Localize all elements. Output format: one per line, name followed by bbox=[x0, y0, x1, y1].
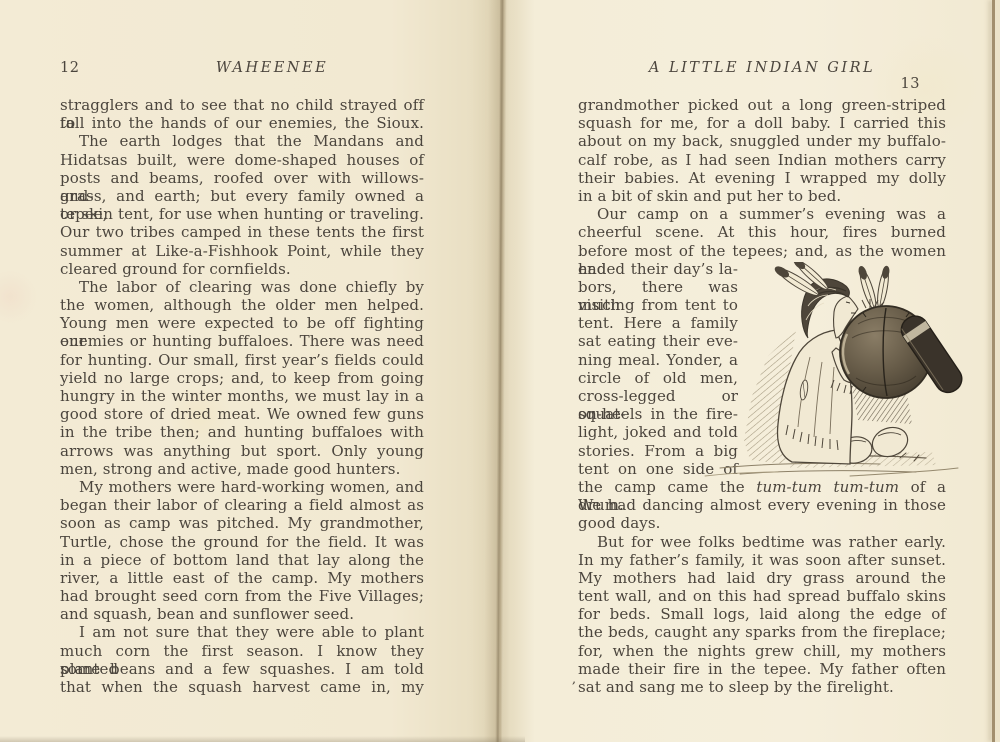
text-line: grandmother picked out a long green-stri… bbox=[578, 96, 946, 114]
text-line: good days. bbox=[578, 514, 946, 532]
book-gutter-shadow bbox=[484, 0, 519, 742]
book-spread-scan: 12 WAHEENEE A LITTLE INDIAN GIRL 13 stra… bbox=[0, 0, 1000, 742]
text-line: stragglers and to see that no child stra… bbox=[60, 96, 424, 114]
text-line: arrows was anything but sport. Only youn… bbox=[60, 442, 424, 460]
text-line: the beds, caught any sparks from the fir… bbox=[578, 623, 946, 641]
text-line: summer at Like-a-Fishhook Point, while t… bbox=[60, 242, 424, 260]
text-line: tent wall, and on this had spread buffal… bbox=[578, 587, 946, 605]
right-page-header: A LITTLE INDIAN GIRL 13 bbox=[578, 60, 946, 80]
seated-drummer-illustration bbox=[700, 262, 965, 478]
text-line: their babies. At evening I wrapped my do… bbox=[578, 169, 946, 187]
text-line: for, when the nights grew chill, my moth… bbox=[578, 642, 946, 660]
text-line: much corn the first season. I know they … bbox=[60, 642, 424, 660]
left-page-number: 12 bbox=[60, 60, 79, 76]
text-line: Turtle, chose the ground for the field. … bbox=[60, 533, 424, 551]
text-line: before most of the tepees; and, as the w… bbox=[578, 242, 946, 260]
text-line: the women, although the older men helped… bbox=[60, 296, 424, 314]
text-line: river, a little east of the camp. My mot… bbox=[60, 569, 424, 587]
text-line: hungry in the winter months, we must lay… bbox=[60, 387, 424, 405]
text-line: yield no large crops; and, to keep from … bbox=[60, 369, 424, 387]
scan-right-margin bbox=[995, 0, 1000, 742]
text-line: We had dancing almost every evening in t… bbox=[578, 496, 946, 514]
text-line: grass, and earth; but every family owned… bbox=[60, 187, 424, 205]
left-page-header: 12 WAHEENEE bbox=[60, 60, 424, 80]
text-line: about on my back, snuggled under my buff… bbox=[578, 132, 946, 150]
text-line: In my father’s family, it was soon after… bbox=[578, 551, 946, 569]
text-line: But for wee folks bedtime was rather ear… bbox=[578, 533, 946, 551]
text-line: cleared ground for cornfields. bbox=[60, 260, 424, 278]
bottom-page-edge-shadow bbox=[0, 736, 525, 742]
text-line: cheerful scene. At this hour, fires burn… bbox=[578, 223, 946, 241]
text-line: in the tribe then; and hunting buffaloes… bbox=[60, 423, 424, 441]
text-line: soon as camp was pitched. My grandmother… bbox=[60, 514, 424, 532]
text-line: enemies or hunting buffaloes. There was … bbox=[60, 332, 424, 350]
text-line: My mothers were hard-working women, and bbox=[60, 478, 424, 496]
text-line: for hunting. Our small, first year’s fie… bbox=[60, 351, 424, 369]
text-line: Young men were expected to be off fighti… bbox=[60, 314, 424, 332]
text-line: made their fire in the tepee. My father … bbox=[578, 660, 946, 678]
text-line: in a bit of skin and put her to bed. bbox=[578, 187, 946, 205]
left-page-text-column: stragglers and to see that no child stra… bbox=[60, 96, 424, 696]
text-line: I am not sure that they were able to pla… bbox=[60, 623, 424, 641]
text-line: sat and sang me to sleep by the fireligh… bbox=[578, 678, 946, 696]
text-line: for beds. Small logs, laid along the edg… bbox=[578, 605, 946, 623]
text-line: the camp came the tum-tum tum-tum of a d… bbox=[578, 478, 946, 496]
text-line: Hidatsas built, were dome-shaped houses … bbox=[60, 151, 424, 169]
text-line: in a piece of bottom land that lay along… bbox=[60, 551, 424, 569]
text-line: or skin tent, for use when hunting or tr… bbox=[60, 205, 424, 223]
text-line: and squash, bean and sunflower seed. bbox=[60, 605, 424, 623]
text-line: good store of dried meat. We owned few g… bbox=[60, 405, 424, 423]
right-running-title: A LITTLE INDIAN GIRL bbox=[578, 60, 946, 76]
text-line: The labor of clearing was done chiefly b… bbox=[60, 278, 424, 296]
text-line: calf robe, as I had seen Indian mothers … bbox=[578, 151, 946, 169]
text-line: squash for me, for a doll baby. I carrie… bbox=[578, 114, 946, 132]
text-line: Our camp on a summer’s evening was a bbox=[578, 205, 946, 223]
text-line: Our two tribes camped in these tents the… bbox=[60, 223, 424, 241]
text-line: men, strong and active, made good hunter… bbox=[60, 460, 424, 478]
text-line: The earth lodges that the Mandans and bbox=[60, 132, 424, 150]
text-line: posts and beams, roofed over with willow… bbox=[60, 169, 424, 187]
text-line: began their labor of clearing a field al… bbox=[60, 496, 424, 514]
text-line: fall into the hands of our enemies, the … bbox=[60, 114, 424, 132]
left-running-title: WAHEENEE bbox=[90, 60, 454, 76]
drum-feathers bbox=[856, 265, 891, 311]
text-line: had brought seed corn from the Five Vill… bbox=[60, 587, 424, 605]
text-line: My mothers had laid dry grass around the bbox=[578, 569, 946, 587]
text-line: some beans and a few squashes. I am told bbox=[60, 660, 424, 678]
right-page-number: 13 bbox=[901, 76, 920, 92]
text-line: that when the squash harvest came in, my bbox=[60, 678, 424, 696]
